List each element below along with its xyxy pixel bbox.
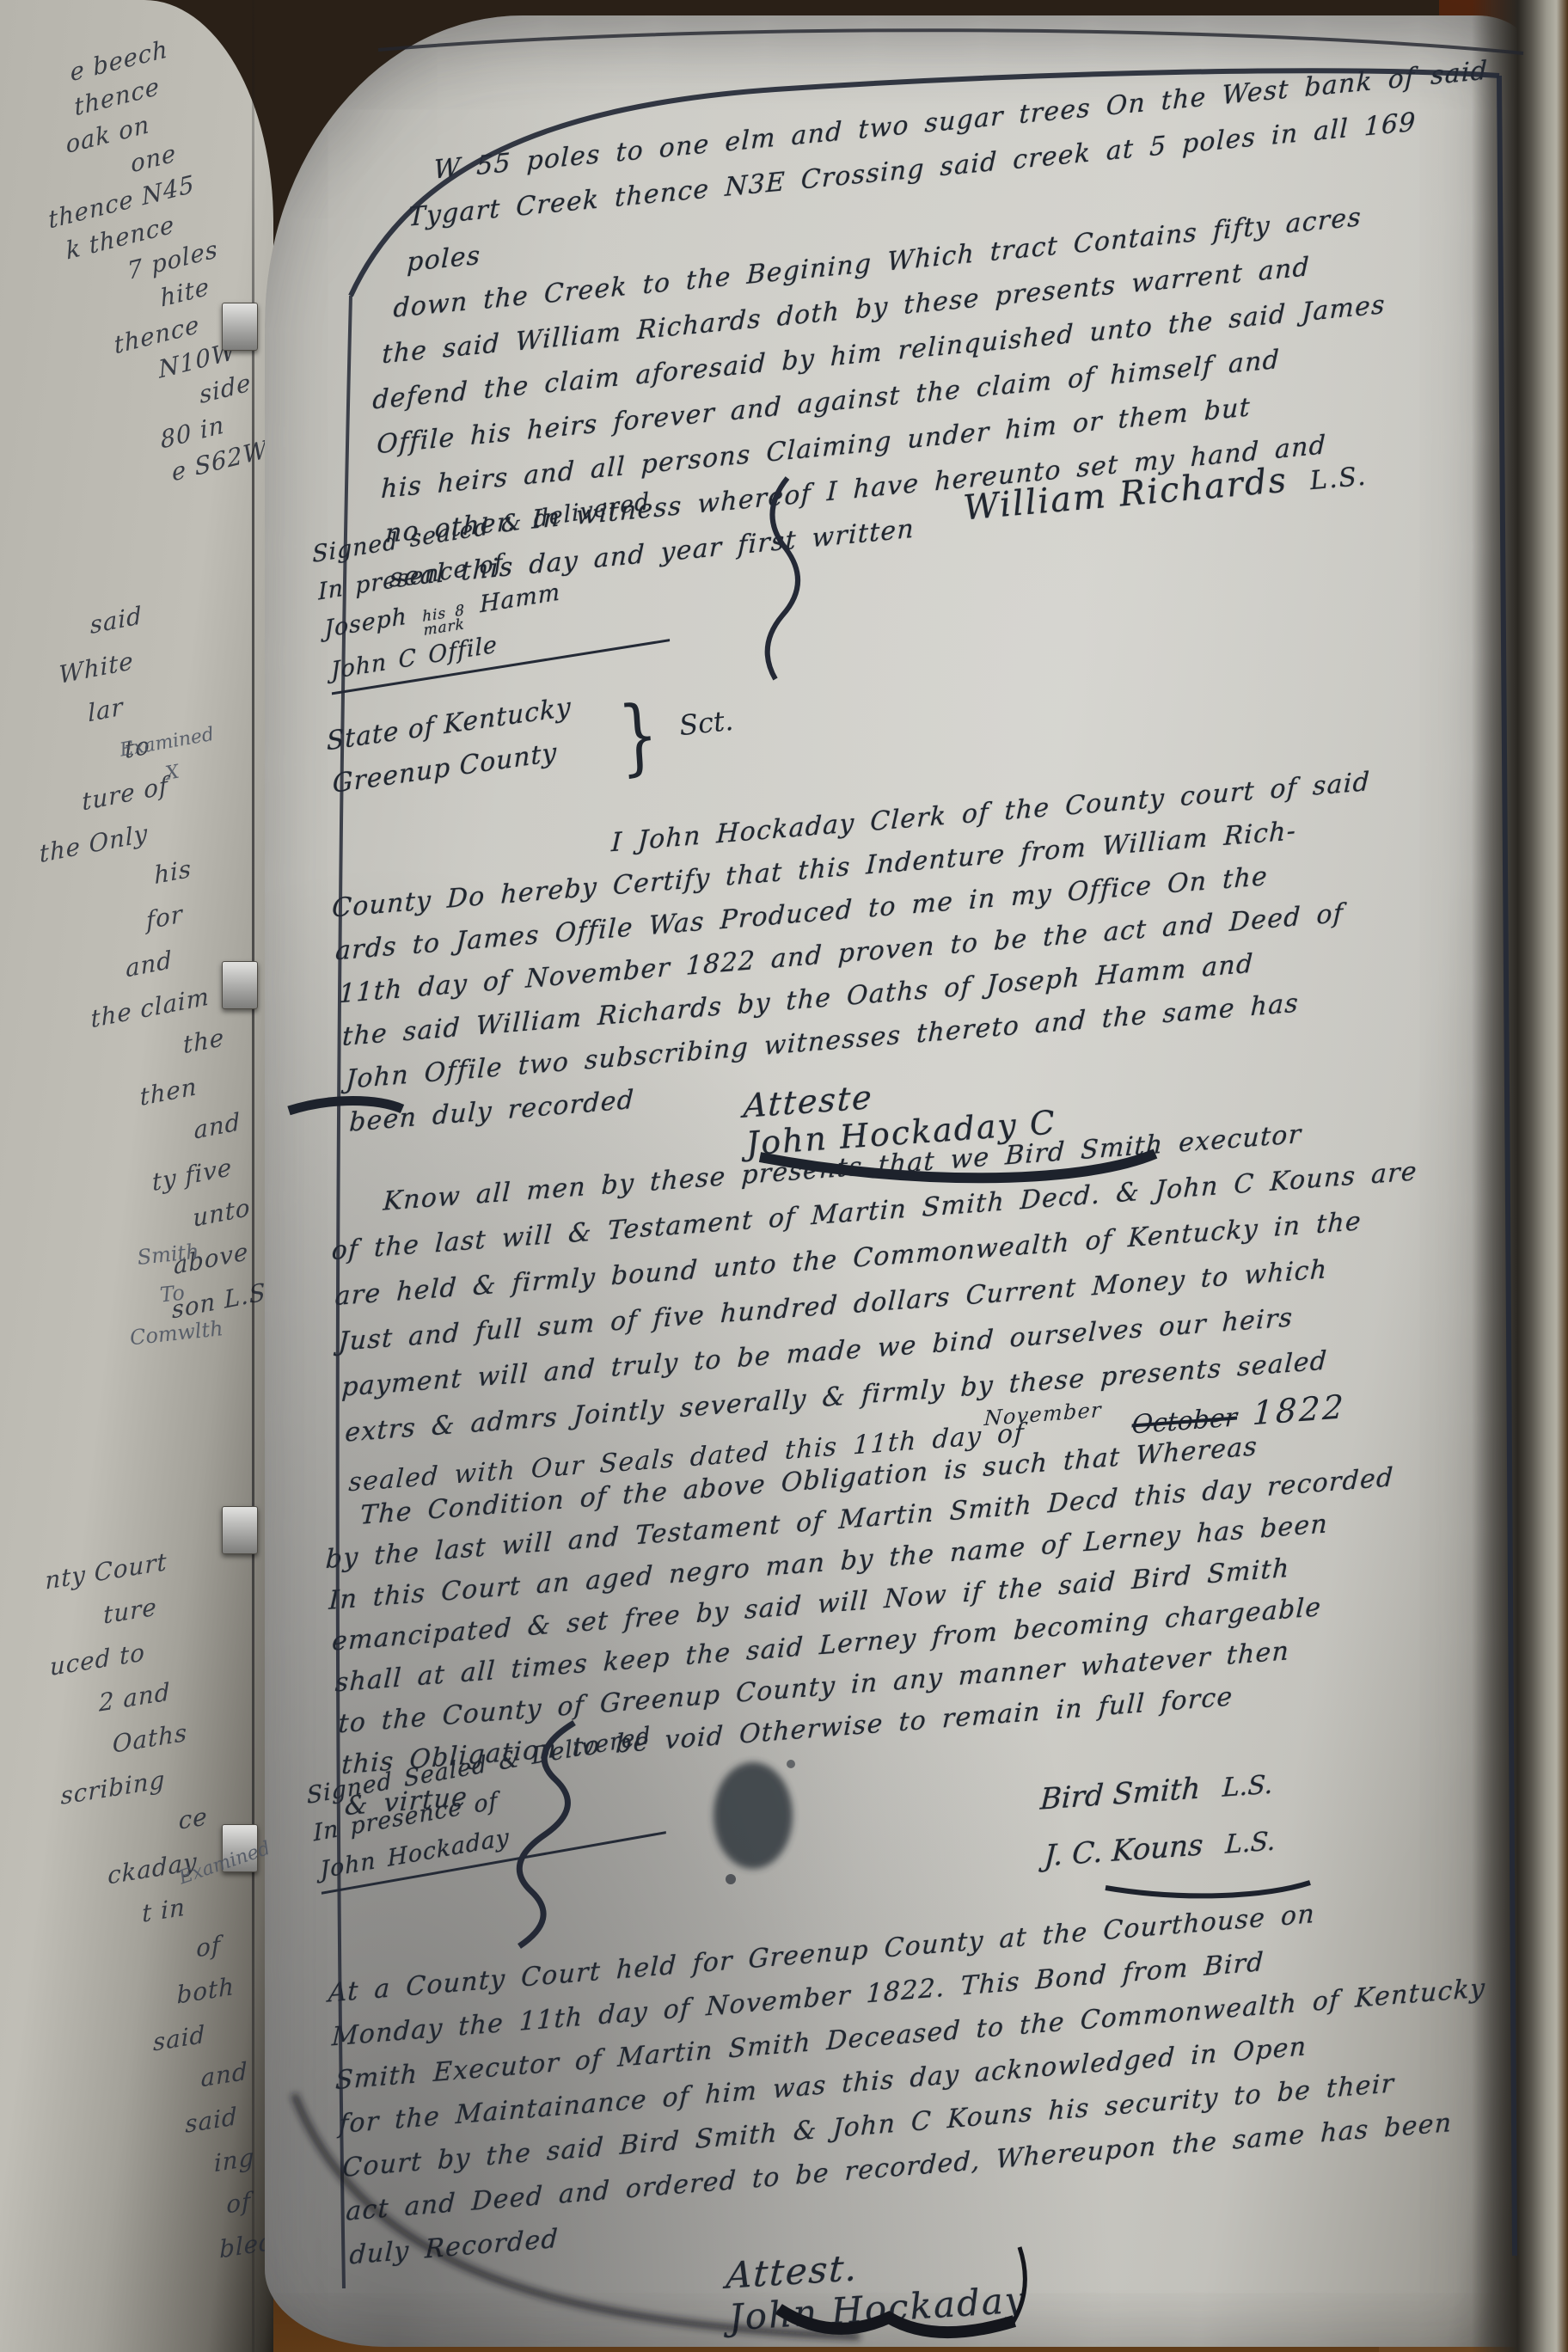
witness-name: Joseph bbox=[324, 603, 407, 642]
signature-name: Bird Smith bbox=[1039, 1771, 1201, 1816]
binding-post bbox=[222, 303, 258, 351]
previous-page-text-fragments-bottom: nty Courttureuced to2 andOathsscribingce… bbox=[23, 1540, 278, 2284]
previous-page-text-fragments-top: e beechthenceoak ononethence N45k thence… bbox=[11, 33, 273, 505]
bond-signatures: Bird SmithL.S. J. C. KounsL.S. bbox=[1038, 1756, 1279, 1886]
margin-note-smith-to-commonwealth: SmithToComwlth bbox=[119, 1230, 225, 1358]
seal-mark: L.S. bbox=[1308, 462, 1368, 497]
binding-post bbox=[222, 961, 258, 1009]
seal-mark: L.S. bbox=[1222, 1770, 1273, 1804]
witness-name: Hamm bbox=[480, 579, 561, 618]
seal-mark: L.S. bbox=[1224, 1826, 1276, 1859]
sct-abbreviation: Sct. bbox=[677, 704, 735, 742]
signature-name: J. C. Kouns bbox=[1044, 1828, 1204, 1873]
heading-brace: } bbox=[616, 686, 661, 787]
binding-post bbox=[222, 1506, 258, 1554]
photograph-of-record-book: { "left_page": { "fragments_top": ["e be… bbox=[0, 0, 1568, 2352]
previous-page-sliver: e beechthenceoak ononethence N45k thence… bbox=[0, 0, 273, 2352]
